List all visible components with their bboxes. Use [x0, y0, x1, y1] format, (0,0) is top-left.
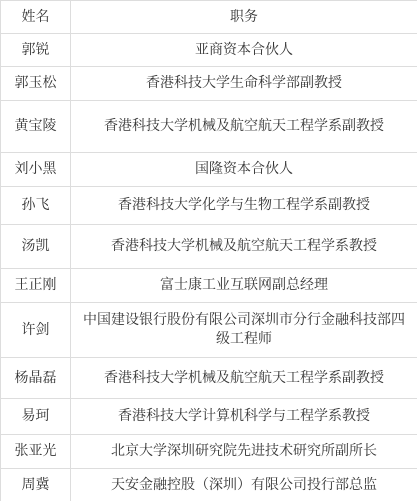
- table-row: 汤凯香港科技大学机械及航空航天工程学系教授: [1, 225, 417, 269]
- table-row: 许剑中国建设银行股份有限公司深圳市分行金融科技部四级工程师: [1, 303, 417, 358]
- cell-role: 香港科技大学机械及航空航天工程学系副教授: [71, 101, 417, 153]
- cell-name: 许剑: [1, 303, 71, 358]
- header-role: 职务: [71, 1, 417, 34]
- table-row: 周冀天安金融控股（深圳）有限公司投行部总监: [1, 469, 417, 501]
- table-row: 杨晶磊香港科技大学机械及航空航天工程学系副教授: [1, 358, 417, 399]
- cell-name: 易珂: [1, 399, 71, 435]
- cell-role: 天安金融控股（深圳）有限公司投行部总监: [71, 469, 417, 501]
- cell-role: 中国建设银行股份有限公司深圳市分行金融科技部四级工程师: [71, 303, 417, 358]
- table-row: 郭玉松香港科技大学生命科学部副教授: [1, 67, 417, 101]
- cell-role: 香港科技大学生命科学部副教授: [71, 67, 417, 101]
- table-row: 黄宝陵香港科技大学机械及航空航天工程学系副教授: [1, 101, 417, 153]
- cell-name: 孙飞: [1, 187, 71, 225]
- cell-role: 富士康工业互联网副总经理: [71, 269, 417, 303]
- cell-name: 周冀: [1, 469, 71, 501]
- table-row: 孙飞香港科技大学化学与生物工程学系副教授: [1, 187, 417, 225]
- cell-role: 香港科技大学计算机科学与工程学系教授: [71, 399, 417, 435]
- members-table: 姓名 职务 郭锐亚商资本合伙人郭玉松香港科技大学生命科学部副教授黄宝陵香港科技大…: [0, 0, 417, 501]
- table-row: 王正刚富士康工业互联网副总经理: [1, 269, 417, 303]
- cell-name: 汤凯: [1, 225, 71, 269]
- cell-role: 国隆资本合伙人: [71, 153, 417, 187]
- cell-name: 张亚光: [1, 435, 71, 469]
- cell-name: 黄宝陵: [1, 101, 71, 153]
- cell-role: 香港科技大学化学与生物工程学系副教授: [71, 187, 417, 225]
- cell-role: 北京大学深圳研究院先进技术研究所副所长: [71, 435, 417, 469]
- table-row: 易珂香港科技大学计算机科学与工程学系教授: [1, 399, 417, 435]
- table-row: 刘小黑国隆资本合伙人: [1, 153, 417, 187]
- cell-name: 刘小黑: [1, 153, 71, 187]
- cell-name: 杨晶磊: [1, 358, 71, 399]
- cell-name: 郭玉松: [1, 67, 71, 101]
- cell-role: 亚商资本合伙人: [71, 34, 417, 67]
- table-row: 张亚光北京大学深圳研究院先进技术研究所副所长: [1, 435, 417, 469]
- table-row: 郭锐亚商资本合伙人: [1, 34, 417, 67]
- cell-role: 香港科技大学机械及航空航天工程学系教授: [71, 225, 417, 269]
- cell-name: 王正刚: [1, 269, 71, 303]
- cell-role: 香港科技大学机械及航空航天工程学系副教授: [71, 358, 417, 399]
- cell-name: 郭锐: [1, 34, 71, 67]
- header-row: 姓名 职务: [1, 1, 417, 34]
- header-name: 姓名: [1, 1, 71, 34]
